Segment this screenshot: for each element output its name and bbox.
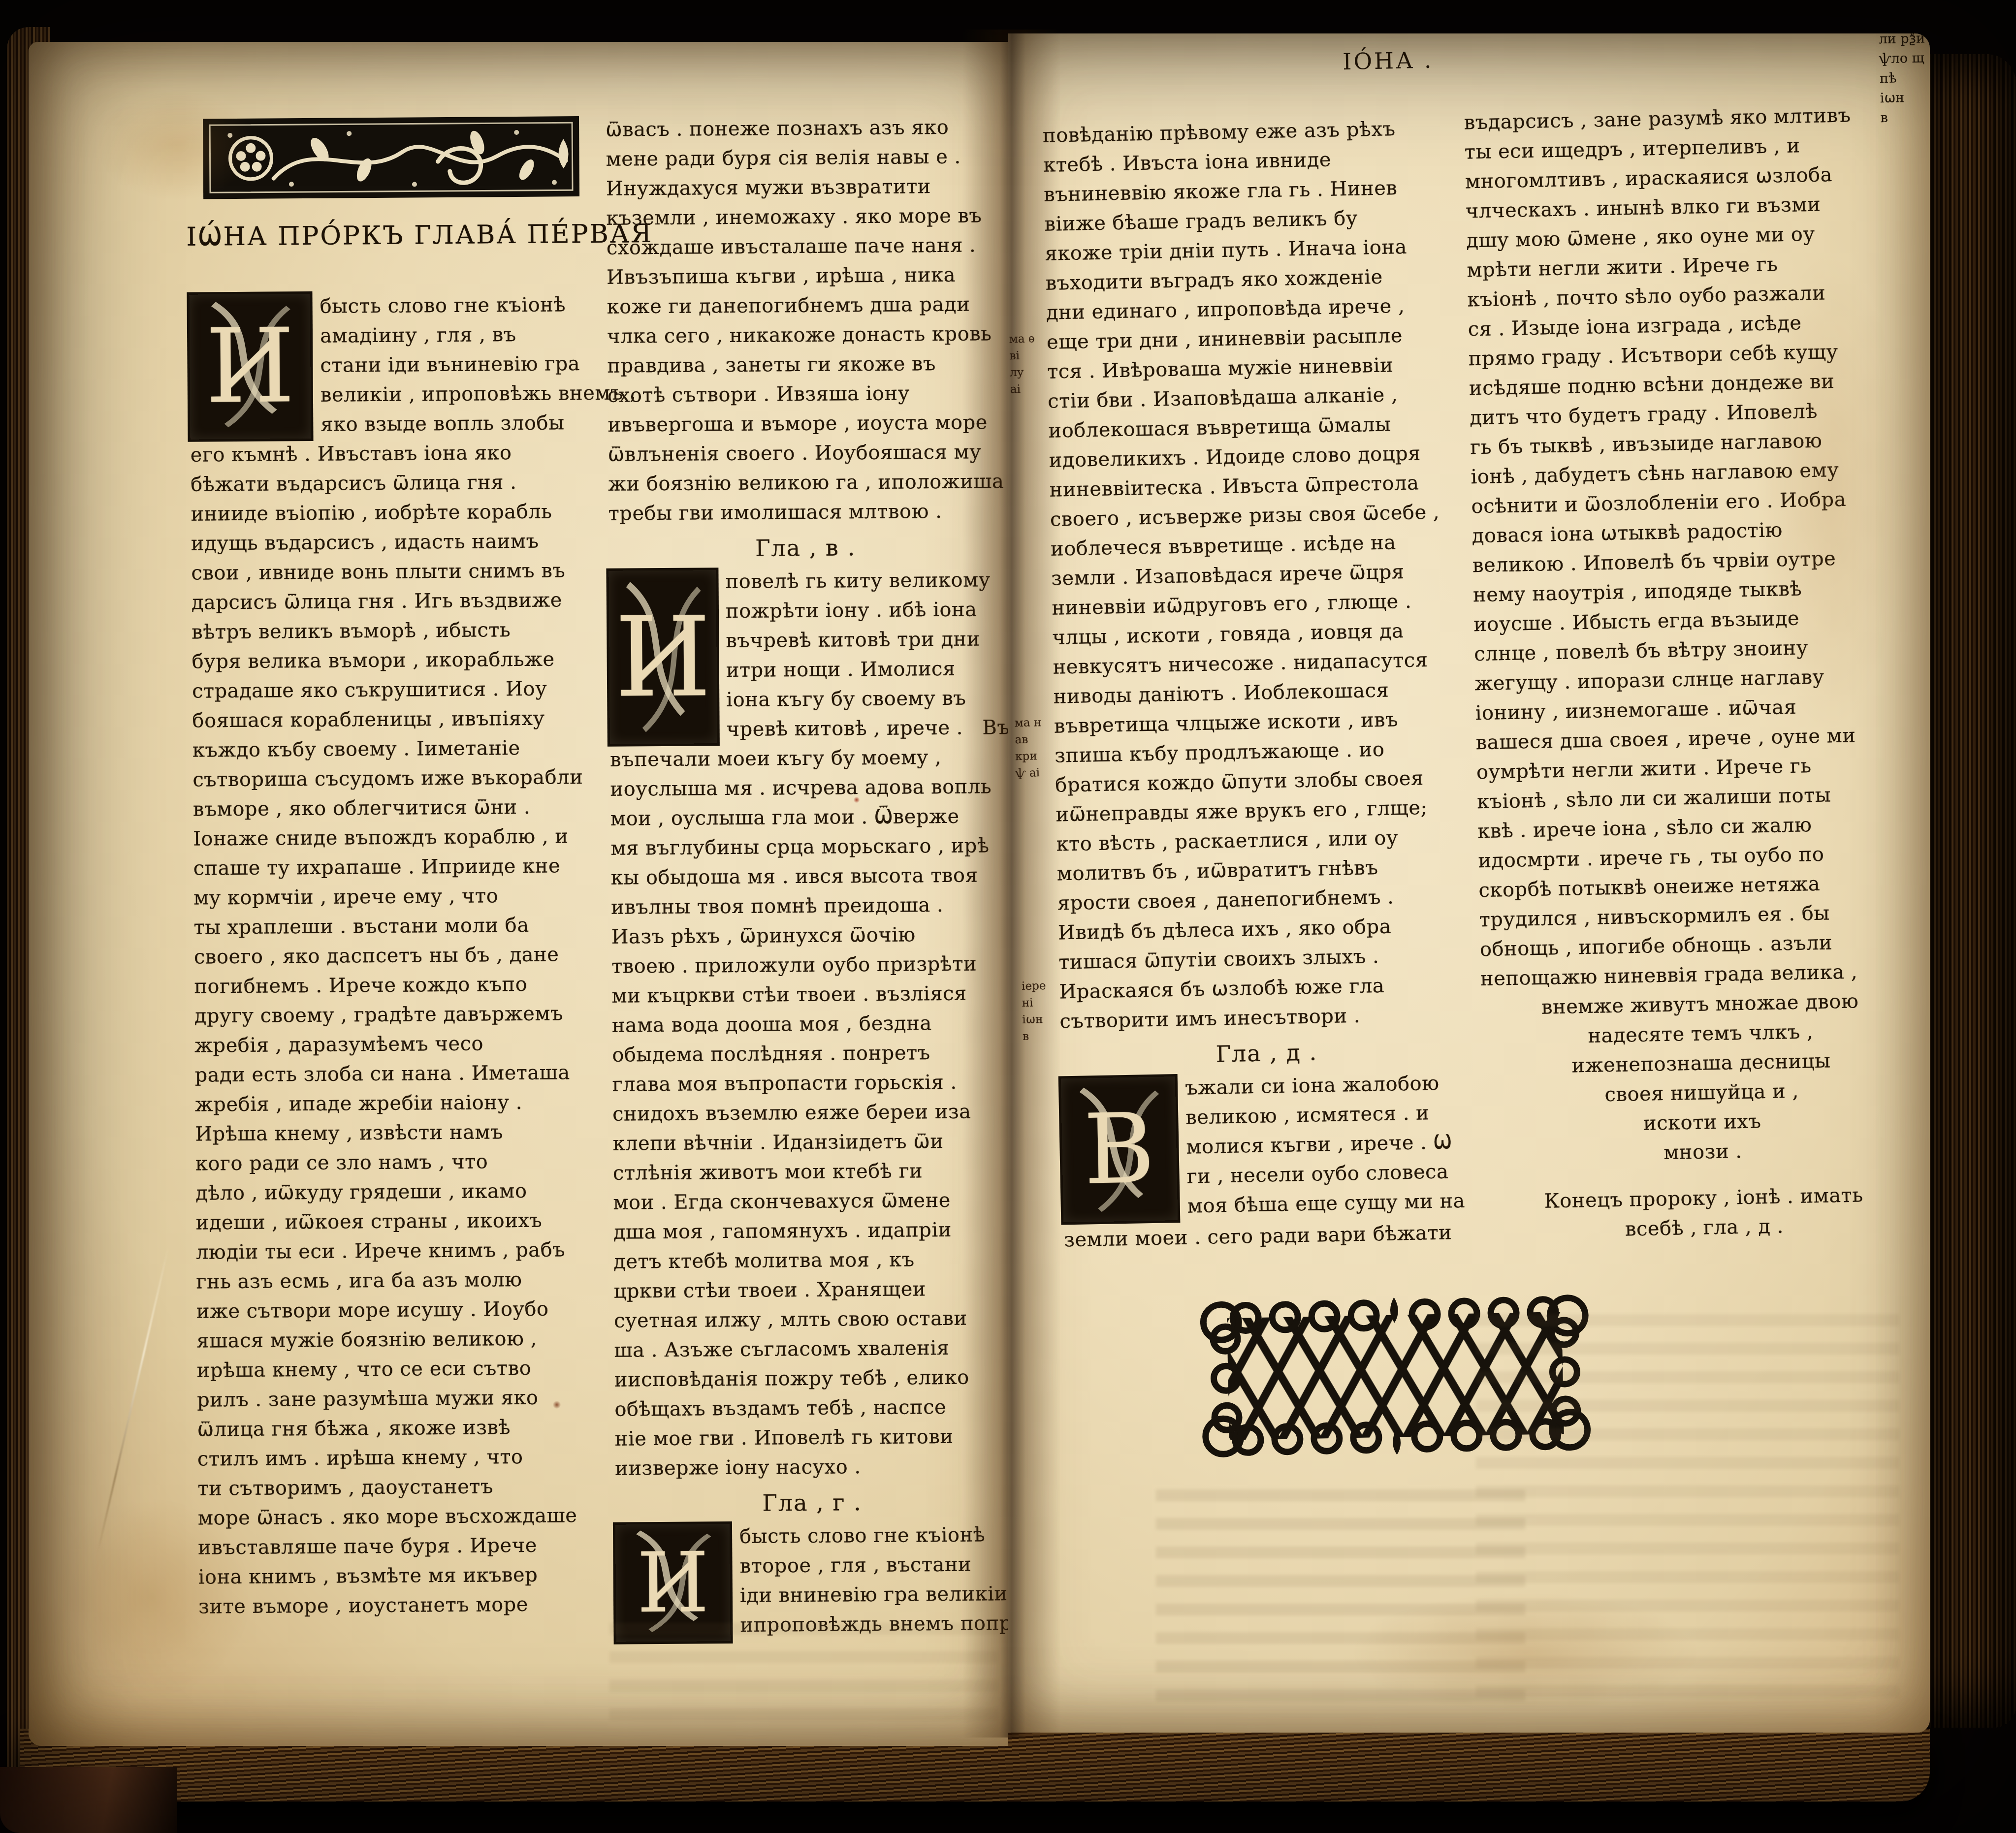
text-line: кы обыдоша мя . ився высота твоя [611, 860, 1005, 893]
text-line: бояшася корабленицы , ивъпіяху [192, 703, 593, 736]
tapered-ending-lines: внемже живутъ множае двоюнадесяте темъ ч… [1481, 985, 1922, 1171]
chapter-4-block: В ъжали си іона жалобоювеликою , исмятес… [1061, 1068, 1476, 1223]
text-block-jonah-1-continued: ѿвасъ . понеже познахъ азъ якомене ради … [606, 112, 1002, 529]
text-line: иже сътвори море исушу . Иоубо [196, 1294, 598, 1327]
text-line: Ирѣша кнему , извѣсти намъ [195, 1117, 596, 1149]
text-line: ивъвергоша и въморе , иоуста море [608, 408, 1001, 440]
text-line: ирѣша кнему , что се еси сътво [197, 1353, 598, 1386]
text-line: другу своему , градѣте давържемъ [194, 999, 596, 1031]
text-line: его къмнѣ . Ивъставъ іона яко [191, 438, 592, 470]
text-line: му кормчіи , ирече ему , что [193, 881, 595, 913]
text-line: обѣщахъ въздамъ тебѣ , наспсе [614, 1392, 1008, 1424]
text-line: ав [1015, 730, 1059, 748]
text-line: ѱло щ [1879, 48, 1963, 69]
text-line: іона книмъ , възмѣте мя икъвер [198, 1560, 599, 1592]
text-line: нама вода дооша моя , бездна [612, 1008, 1006, 1041]
text-line: вѣтръ великъ въморѣ , ибысть [192, 615, 593, 647]
text-line: ивъставляше паче буря . Ирече [198, 1530, 599, 1563]
text-line: кого ради се зло намъ , что [195, 1146, 597, 1179]
dropcap-initial-chapter-3: И [615, 1524, 731, 1642]
text-line: людіи ты еси . Ирече книмъ , рабъ [196, 1235, 597, 1267]
text-line: свои , ивниде вонь плыти снимъ въ [191, 556, 592, 588]
text-line: глава моя въпропасти горьскія . [612, 1067, 1006, 1100]
text-line: идеши , иѿкоея страны , икоихъ [195, 1205, 597, 1238]
text-line: ради есть злоба си нана . Иметаша [194, 1058, 596, 1090]
text-line: обыдема послѣдняя . понретъ [612, 1038, 1006, 1070]
text-line: дша моя , гапомянухъ . идапріи [613, 1215, 1007, 1247]
text-line: въморе , яко облегчитися ѿни . [193, 792, 594, 824]
text-line: Иазъ рѣхъ , ѿринухся ѿочію [611, 919, 1005, 952]
dropcap-initial-chapter-1: И [189, 294, 311, 440]
chapter-2-block: И повелѣ гь киту великомупожрѣти іону . … [608, 565, 1009, 1484]
text-block-jonah-3-continued: повѣданію прѣвому еже азъ рѣхъктебѣ . Ив… [1042, 113, 1472, 1037]
text-line: къждо къбу своему . Іиметаніе [192, 733, 594, 765]
text-line: рилъ . зане разумѣша мужи яко [197, 1383, 598, 1415]
text-line: спаше ту ихрапаше . Иприиде кне [193, 851, 594, 884]
text-line: море ѿнасъ . яко море въсхождаше [198, 1501, 599, 1533]
text-line: гнь азъ есмь , ига ба азъ молю [196, 1264, 597, 1297]
text-line: сътвориша съсудомъ иже въкорабли [192, 762, 594, 795]
text-line: коже ги данепогибнемъ дша ради [607, 289, 1000, 322]
text-line: жи боязнію великою га , иположиша [608, 467, 1002, 499]
text-line: ма н [1015, 714, 1059, 731]
text-line: иисповѣданія пожру тебѣ , елико [614, 1362, 1008, 1395]
left-page-column-1: И бысть слово гне къіонѣамадіину , гля ,… [189, 290, 600, 1622]
headpiece-ornament [201, 113, 582, 202]
text-line: схождаше ивъсталаше паче наня . [607, 230, 1000, 263]
text-line: яшася мужіе боязнію великою , [196, 1324, 598, 1356]
text-block-jonah-1: бысть слово гне къіонѣамадіину , гля , в… [189, 290, 600, 1622]
text-line: твоею . приложули оубо призрѣти [611, 949, 1005, 981]
text-line: члка сего , никакоже донасть кровь [607, 319, 1001, 351]
text-line: Ивъзъпиша къгви , ирѣша , ника [607, 260, 1000, 292]
left-page-column-2: ѿвасъ . понеже познахъ азъ якомене ради … [606, 112, 1010, 1641]
text-line: ніе мое гви . Иповелѣ гь китови [615, 1422, 1009, 1454]
text-line: правдива , занеты ги якоже въ [607, 348, 1001, 381]
text-line: мои , оуслыша гла мои . Ѿверже [610, 801, 1004, 834]
text-line: кри [1015, 747, 1060, 765]
text-line: иоуслыша мя . исчрева адова вопль [610, 772, 1004, 804]
text-line: ѿлица гня бѣжа , якоже извѣ [197, 1412, 598, 1445]
text-line: ми къцркви стѣи твоеи . възліяся [611, 979, 1005, 1011]
text-line: жребія , ипаде жребіи наіону . [195, 1087, 596, 1120]
gutter-cross-references: ма навкриѱ аі [1015, 714, 1060, 782]
text-line: жребія , даразумѣемъ чесо [194, 1028, 596, 1061]
dropcap-initial-chapter-2: И [608, 570, 717, 744]
text-line: ли рѯи [1879, 28, 1963, 49]
text-line: ѱ аі [1016, 764, 1060, 782]
text-line: въпечали моеи къгу бу моему , [610, 742, 1004, 775]
left-page-content: ІѠ́НА ПРО́РКЪ ГЛАВА́ ПЕ́РВАЯ И бысть сло… [23, 38, 1014, 1749]
leather-cover-corner [0, 1767, 177, 1833]
chapter-4-heading: Гла , д . [1060, 1035, 1473, 1071]
text-block-jonah-4-continued: въдарсисъ , зане разумѣ яко млтивъты еси… [1464, 99, 1919, 994]
dropcap-letter: И [637, 1534, 709, 1631]
right-page-column-2: въдарсисъ , зане разумѣ яко млтивъты еси… [1464, 99, 1923, 1247]
tailpiece-knotwork-ornament [1194, 1293, 1597, 1460]
right-page-content: ІО́НА . ли рѯиѱло щпѣіѡнв ма ѳвілуаі ма … [998, 23, 1952, 1739]
text-line: мене ради буря сія велія навы е . [606, 142, 999, 174]
dropcap-letter: И [614, 593, 711, 722]
text-line: мя въглубины срца морьскаго , ирѣ [610, 831, 1004, 863]
text-line: цркви стѣи твоеи . Хранящеи [613, 1274, 1007, 1306]
text-line: требы гви имолишася млтвою . [608, 496, 1002, 529]
text-line: ша . Азъже съгласомъ хваленія [614, 1333, 1008, 1365]
chapter-3-block: И бысть слово гне къіонѣвторое , гля , в… [615, 1520, 1010, 1641]
text-line: иизверже іону насухо . [615, 1451, 1009, 1484]
text-line: детъ ктебѣ молитва моя , къ [613, 1244, 1007, 1277]
text-line: буря велика въмори , икорабльже [192, 644, 593, 677]
text-line: ѿвлъненія своего . Иоубояшася му [608, 437, 1002, 470]
text-line: инииде въіопію , иобрѣте корабль [191, 497, 592, 529]
photo-background: ІѠ́НА ПРО́РКЪ ГЛАВА́ ПЕ́РВАЯ И бысть сло… [0, 0, 2016, 1833]
text-line: суетная илжу , млть свою остави [614, 1303, 1008, 1336]
text-line: стлѣнія животъ мои ктебѣ ги [613, 1156, 1007, 1188]
text-line: стилъ имъ . ирѣша кнему , что [197, 1442, 599, 1474]
text-line: Инуждахуся мужи възвратити [606, 171, 1000, 204]
text-line: схотѣ сътвори . Ивзяша іону [608, 378, 1001, 411]
text-line: дѣло , иѿкуду грядеши , икамо [195, 1176, 597, 1208]
text-line: ивълны твоя помнѣ преидоша . [611, 890, 1005, 922]
left-page: ІѠ́НА ПРО́РКЪ ГЛАВА́ ПЕ́РВАЯ И бысть сло… [29, 42, 1008, 1746]
text-line: своего , яко даспсетъ ны бъ , дане [194, 940, 595, 972]
text-line: ты храплеши . въстани моли ба [193, 910, 595, 943]
chapter-3-heading: Гла , г . [615, 1487, 1009, 1518]
text-line: мои . Егда скончевахуся ѿмене [613, 1185, 1007, 1218]
text-line: къземли , инеможаху . яко море въ [606, 201, 1000, 233]
text-line: пѣ [1880, 67, 1964, 89]
running-head: ІО́НА . [1314, 45, 1462, 77]
text-line: клепи вѣчніи . Иданзіидетъ ѿи [612, 1126, 1006, 1159]
page-title: ІѠ́НА ПРО́РКЪ ГЛАВА́ ПЕ́РВАЯ [186, 215, 590, 257]
text-line: идущь въдарсисъ , идасть наимъ [191, 526, 592, 559]
text-line: страдаше яко съкрушитися . Иоу [192, 674, 593, 706]
text-line: бѣжати въдарсисъ ѿлица гня . [191, 467, 592, 500]
dropcap-letter: В [1083, 1093, 1155, 1206]
text-line: зите въморе , иоустанетъ море [198, 1589, 600, 1622]
right-page-column-1: повѣданію прѣвому еже азъ рѣхъктебѣ . Ив… [1042, 113, 1476, 1255]
chapter-2-heading: Гла , в . [608, 533, 1002, 563]
text-line: ѿвасъ . понеже познахъ азъ яко [606, 112, 999, 145]
text-line: дарсисъ ѿлица гня . Игь въздвиже [192, 585, 593, 618]
text-line: Іонаже сниде въпождъ кораблю , и [193, 822, 594, 854]
dropcap-letter: И [205, 307, 295, 426]
text-line: ти сътворимъ , даоустанетъ [197, 1471, 599, 1504]
text-line: земли моеи . сего ради вари бѣжати [1063, 1217, 1476, 1255]
text-line: снидохъ въземлю еяже береи иза [612, 1097, 1006, 1129]
dropcap-initial-chapter-4: В [1061, 1076, 1178, 1222]
book-end-colophon: Конецъ пророку , іонѣ . иматьвсебѣ , гла… [1484, 1179, 1923, 1247]
text-line: погибнемъ . Ирече кождо къпо [194, 969, 595, 1002]
right-page: ІО́НА . ли рѯиѱло щпѣіѡнв ма ѳвілуаі ма … [1008, 33, 1930, 1733]
